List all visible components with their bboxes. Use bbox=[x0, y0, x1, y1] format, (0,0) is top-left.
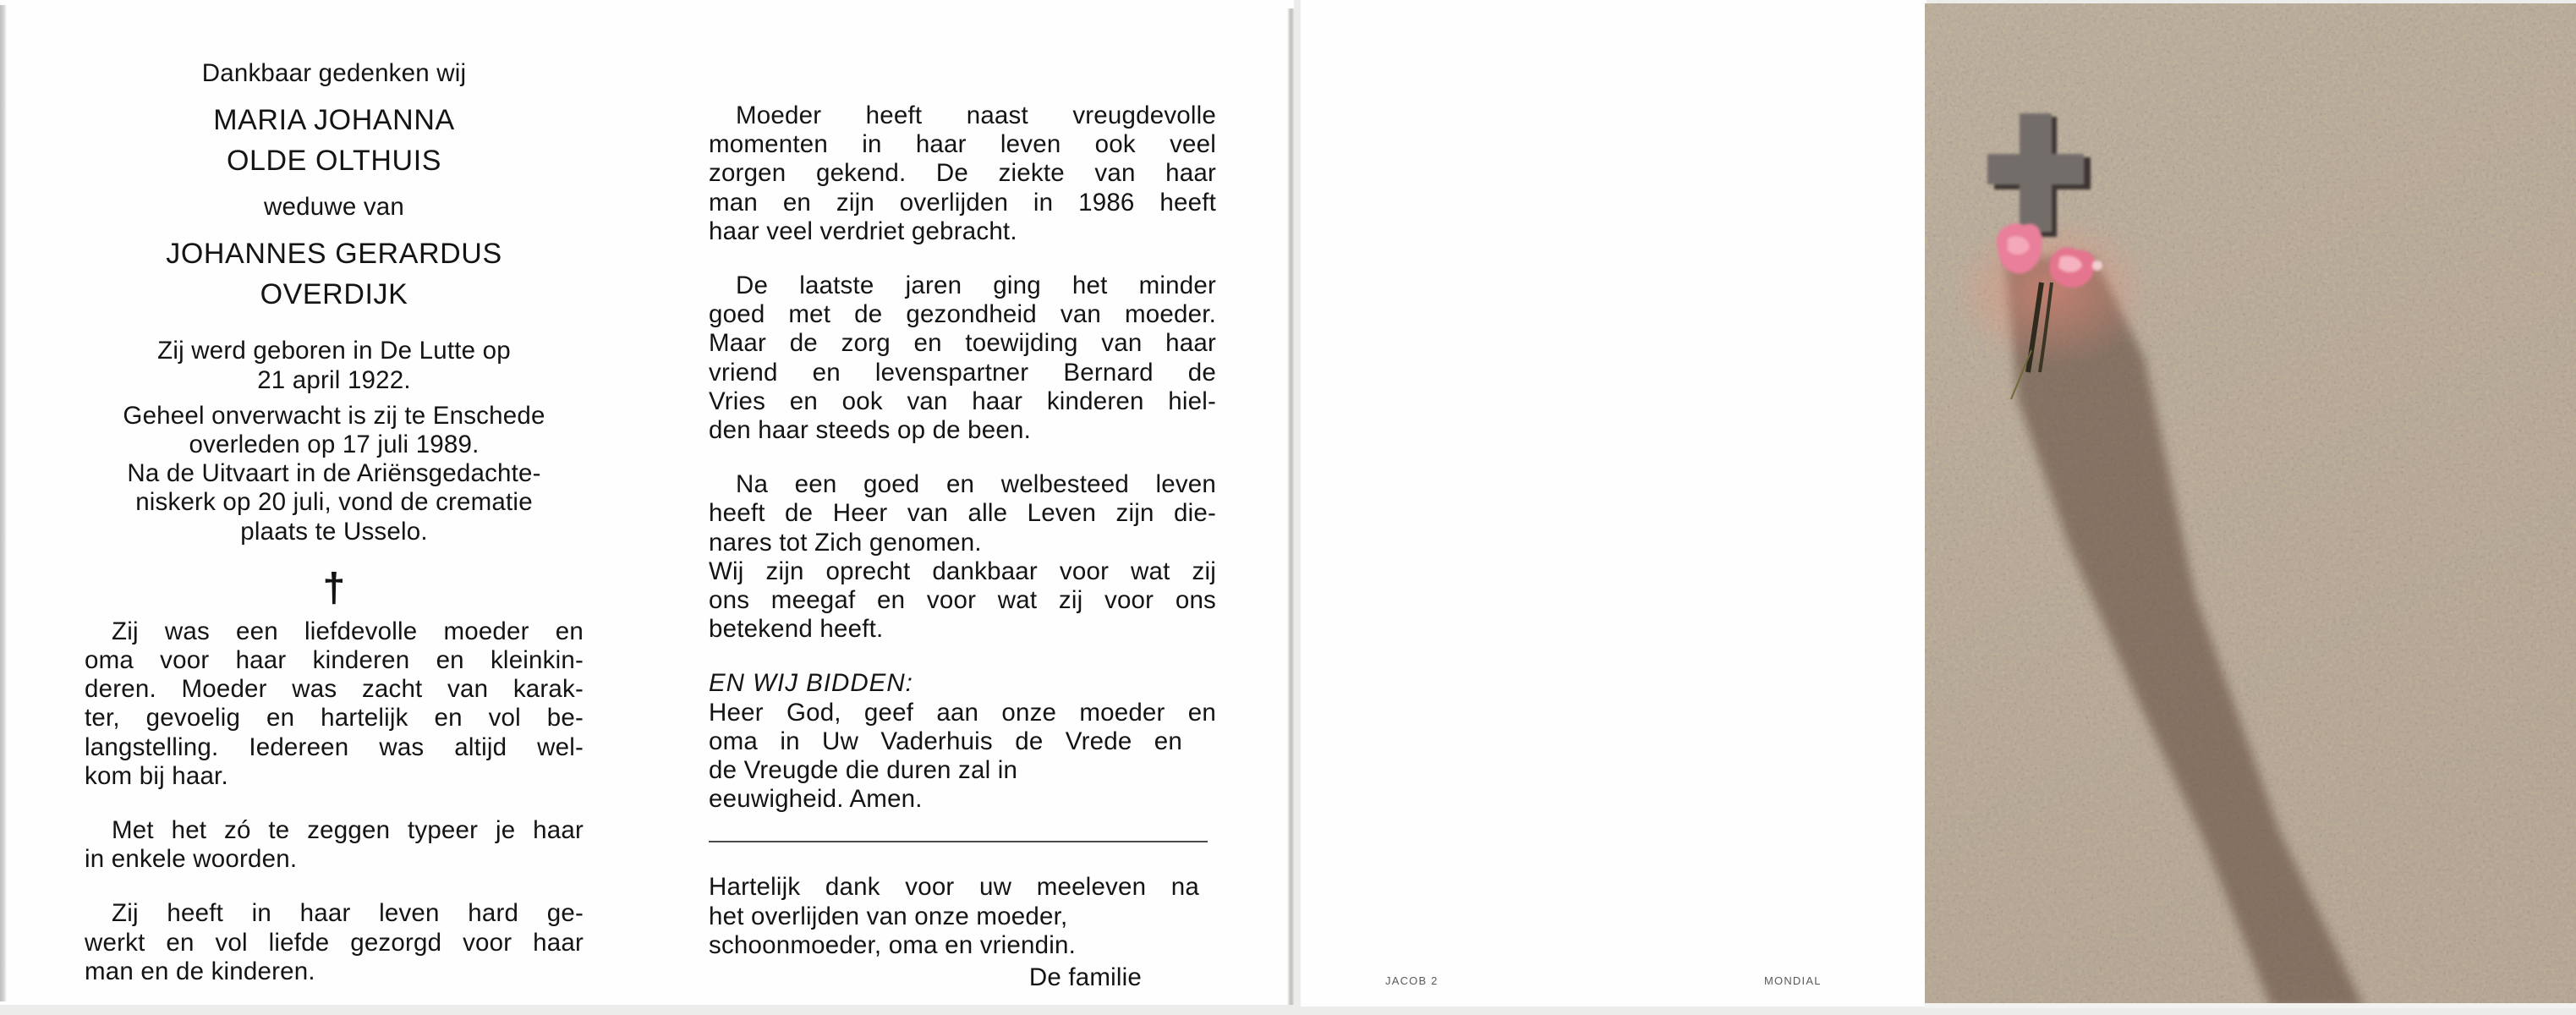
text-line: haar veel verdriet gebracht. bbox=[709, 217, 1216, 246]
deceased-name: MARIA JOHANNA OLDE OLTHUIS bbox=[85, 100, 584, 181]
divider-line bbox=[709, 841, 1208, 842]
death-line-2: overleden op 17 juli 1989. bbox=[85, 431, 584, 459]
text-line: Zij was een liefdevolle moeder en bbox=[85, 617, 584, 646]
relation-line: weduwe van bbox=[85, 193, 584, 222]
text-line: werkt en vol liefde gezorgd voor haar bbox=[85, 929, 584, 957]
death-line-1: Geheel onverwacht is zij te Enschede bbox=[85, 402, 584, 431]
paragraph-hard-work: Zij heeft in haar leven hard ge- werkt e… bbox=[85, 899, 584, 986]
text-line: Maar de zorg en toewijding van haar bbox=[709, 329, 1216, 358]
paragraph-health: De laatste jaren ging het minder goed me… bbox=[709, 272, 1216, 445]
spouse-name-line-1: JOHANNES GERARDUS bbox=[85, 233, 584, 274]
cross-icon: † bbox=[85, 568, 584, 609]
card-fold bbox=[1287, 8, 1294, 1005]
text-line: het overlijden van onze moeder, bbox=[709, 903, 1216, 931]
prayer-heading: EN WIJ BIDDEN: bbox=[709, 669, 1216, 698]
paragraph-character: Zij was een liefdevolle moeder en oma vo… bbox=[85, 617, 584, 791]
text-line: oma voor haar kinderen en kleinkin- bbox=[85, 646, 584, 675]
right-column: Moeder heeft naast vreugdevolle momenten… bbox=[709, 101, 1216, 992]
imprint-code: JACOB 2 bbox=[1385, 974, 1439, 987]
birth-line-1: Zij werd geboren in De Lutte op bbox=[85, 337, 584, 365]
text-card: Dankbaar gedenken wij MARIA JOHANNA OLDE… bbox=[0, 0, 1294, 1005]
text-line: Zij heeft in haar leven hard ge- bbox=[85, 899, 584, 928]
text-line: oma in Uw Vaderhuis de Vrede en bbox=[709, 727, 1216, 756]
text-line: de Vreugde die duren zal in bbox=[709, 756, 1216, 785]
text-line: zorgen gekend. De ziekte van haar bbox=[709, 159, 1216, 188]
text-line: Wij zijn oprecht dankbaar voor wat zij bbox=[709, 557, 1216, 586]
imprint-publisher: MONDIAL bbox=[1764, 974, 1822, 987]
text-line: heeft de Heer van alle Leven zijn die- bbox=[709, 499, 1216, 528]
text-line: Na een goed en welbesteed leven bbox=[709, 470, 1216, 499]
funeral-line-3: plaats te Usselo. bbox=[85, 518, 584, 546]
prayer-text: Heer God, geef aan onze moeder en oma in… bbox=[709, 699, 1216, 815]
deceased-name-line-1: MARIA JOHANNA bbox=[85, 100, 584, 140]
text-line: Vries en ook van haar kinderen hiel- bbox=[709, 387, 1216, 416]
inside-cover-panel: JACOB 2 MONDIAL bbox=[1301, 0, 1927, 1007]
intro-line: Dankbaar gedenken wij bbox=[85, 59, 584, 88]
birth-info: Zij werd geboren in De Lutte op 21 april… bbox=[85, 337, 584, 394]
photo-illustration bbox=[1925, 3, 2576, 1008]
text-line: momenten in haar leven ook veel bbox=[709, 130, 1216, 159]
thanks-text: Hartelijk dank voor uw meeleven na het o… bbox=[709, 873, 1216, 960]
paragraph-gratitude: Na een goed en welbesteed leven heeft de… bbox=[709, 470, 1216, 644]
funeral-info: Na de Uitvaart in de Ariënsgedachte- nis… bbox=[85, 459, 584, 546]
text-line: Met het zó te zeggen typeer je haar bbox=[85, 816, 584, 845]
text-line: ter, gevoelig en hartelijk en vol be- bbox=[85, 704, 584, 732]
funeral-line-2: niskerk op 20 juli, vond de crematie bbox=[85, 488, 584, 517]
text-line: man en de kinderen. bbox=[85, 957, 584, 986]
paragraph-sorrows: Moeder heeft naast vreugdevolle momenten… bbox=[709, 101, 1216, 246]
text-line: vriend en levenspartner Bernard de bbox=[709, 359, 1216, 387]
text-line: in enkele woorden. bbox=[85, 845, 584, 874]
spouse-name: JOHANNES GERARDUS OVERDIJK bbox=[85, 233, 584, 315]
text-line: deren. Moeder was zacht van karak- bbox=[85, 675, 584, 704]
left-column: Dankbaar gedenken wij MARIA JOHANNA OLDE… bbox=[85, 59, 584, 986]
text-line: schoonmoeder, oma en vriendin. bbox=[709, 931, 1216, 960]
paragraph-typing: Met het zó te zeggen typeer je haar in e… bbox=[85, 816, 584, 874]
memorial-card-scan: Dankbaar gedenken wij MARIA JOHANNA OLDE… bbox=[0, 0, 2576, 1015]
text-line: Heer God, geef aan onze moeder en bbox=[709, 699, 1216, 727]
card-edge-shadow bbox=[0, 5, 7, 1001]
text-line: langstelling. Iedereen was altijd wel- bbox=[85, 733, 584, 762]
death-info: Geheel onverwacht is zij te Enschede ove… bbox=[85, 402, 584, 459]
text-line: Hartelijk dank voor uw meeleven na bbox=[709, 873, 1216, 902]
text-line: man en zijn overlijden in 1986 heeft bbox=[709, 189, 1216, 217]
spouse-name-line-2: OVERDIJK bbox=[85, 274, 584, 315]
text-line: De laatste jaren ging het minder bbox=[709, 272, 1216, 300]
text-line: kom bij haar. bbox=[85, 762, 584, 791]
cover-photo bbox=[1925, 3, 2576, 1008]
funeral-line-1: Na de Uitvaart in de Ariënsgedachte- bbox=[85, 459, 584, 488]
text-line: nares tot Zich genomen. bbox=[709, 529, 1216, 557]
text-line: ons meegaf en voor wat zij voor ons bbox=[709, 586, 1216, 615]
text-line: goed met de gezondheid van moeder. bbox=[709, 300, 1216, 329]
birth-line-2: 21 april 1922. bbox=[85, 366, 584, 395]
text-line: den haar steeds op de been. bbox=[709, 416, 1216, 445]
signature: De familie bbox=[709, 963, 1216, 992]
text-line: eeuwigheid. Amen. bbox=[709, 785, 1216, 814]
text-line: betekend heeft. bbox=[709, 615, 1216, 644]
deceased-name-line-2: OLDE OLTHUIS bbox=[85, 140, 584, 181]
text-line: Moeder heeft naast vreugdevolle bbox=[709, 101, 1216, 130]
